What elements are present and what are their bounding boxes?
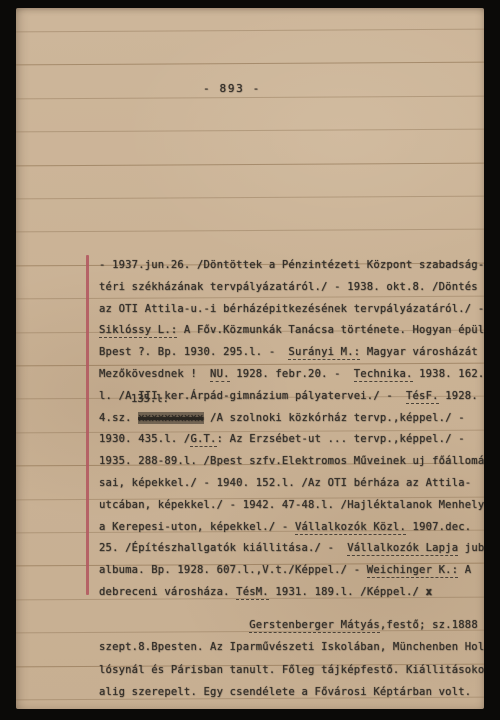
bibliography-paragraph: - 1937.jun.26. /Döntöttek a Pénzintézeti… (99, 255, 481, 604)
interlinear-correction: 135.l. (131, 393, 169, 406)
text-segment: lósynál és Párisban tanult. Főleg tájkép… (99, 664, 484, 676)
typed-line: lósynál és Párisban tanult. Főleg tájkép… (99, 659, 481, 681)
page-number: - 893 - (203, 82, 261, 95)
text-segment: Technika. (354, 368, 413, 382)
ruled-line (16, 62, 484, 66)
ruled-line (16, 129, 484, 133)
text-segment: 1928. (439, 390, 478, 402)
ruled-line (16, 196, 484, 200)
text-segment: jub. (458, 542, 484, 554)
text-segment: A (458, 564, 471, 576)
ruled-line (16, 95, 484, 99)
ruled-line (16, 29, 484, 33)
text-segment: debreceni városháza. (99, 586, 236, 598)
text-segment: Gerstenberger Mátyás (249, 619, 380, 633)
text-segment: 1928. febr.20. - (230, 368, 354, 380)
text-segment: 1930. 435.l. / (99, 433, 190, 445)
text-segment: Siklóssy L.: (99, 324, 177, 338)
text-segment: TésM. (236, 586, 269, 600)
text-segment: az OTI Attila-u.-i bérházépitkezésének t… (99, 303, 484, 315)
typed-line: utcában, képekkel./ - 1942. 47-48.l. /Ha… (99, 495, 481, 517)
biography-paragraph: Gerstenberger Mátyás,festő; sz.1888szept… (99, 614, 481, 703)
typed-line: 1935. 288-89.l. /Bpest szfv.Elektromos M… (99, 451, 481, 473)
text-segment: 1907.dec. (406, 521, 471, 533)
typed-line: - 1937.jun.26. /Döntöttek a Pénzintézeti… (99, 255, 481, 277)
typed-line: debreceni városháza. TésM. 1931. 189.l. … (99, 582, 481, 604)
text-segment: utcában, képekkel./ - 1942. 47-48.l. /Ha… (99, 499, 484, 511)
text-segment: ,festő; sz.1888 (380, 619, 478, 631)
typed-line: Bpest ?. Bp. 1930. 295.l. - Surányi M.: … (99, 342, 481, 364)
typed-line: Gerstenberger Mátyás,festő; sz.1888 (99, 614, 481, 636)
struck-out-word: xxxxxxxxxx (138, 412, 203, 424)
text-segment: : Az Erzsébet-ut ... tervp.,képpel./ - (217, 433, 465, 445)
text-segment: 4.sz. (99, 412, 138, 424)
typed-line: Siklóssy L.: A Főv.Közmunkák Tanácsa tör… (99, 320, 481, 342)
text-segment: a Kerepesi-uton, képekkel./ - (99, 521, 295, 533)
text-segment: NU. (210, 368, 230, 382)
text-segment: x (426, 586, 433, 598)
typed-line: Mezőkövesdnek ! NU. 1928. febr.20. - Tec… (99, 364, 481, 386)
text-segment: /A szolnoki közkórház tervp.,képpel./ - (204, 412, 465, 424)
typed-line: sai, képekkel./ - 1940. 152.l. /Az OTI b… (99, 473, 481, 495)
text-segment: téri székházának tervpályázatáról./ - 19… (99, 281, 478, 293)
text-segment: szept.8.Bpesten. Az Iparművészeti Iskolá… (99, 641, 484, 653)
text-segment: alig szerepelt. Egy csendélete a Főváros… (99, 686, 471, 698)
text-segment: Vállalkozók Közl. (295, 521, 406, 535)
text-segment: 1938. 162. (413, 368, 484, 380)
text-segment: Weichinger K.: (367, 564, 458, 578)
typed-line: 4.sz. xxxxxxxxxx /A szolnoki közkórház t… (99, 408, 481, 430)
typed-line: alig szerepelt. Egy csendélete a Főváros… (99, 681, 481, 703)
text-segment (99, 619, 249, 631)
notebook-page: - 893 - - 1937.jun.26. /Döntöttek a Pénz… (16, 8, 484, 709)
text-segment: Bpest ?. Bp. 1930. 295.l. - (99, 346, 288, 358)
text-segment: 1935. 288-89.l. /Bpest szfv.Elektromos M… (99, 455, 484, 467)
text-segment: 25. /Építészhallgatók kiállitása./ - (99, 542, 347, 554)
typed-line: 1930. 435.l. /G.T.: Az Erzsébet-ut ... t… (99, 429, 481, 451)
ruled-line (16, 162, 484, 166)
scanned-page-frame: - 893 - - 1937.jun.26. /Döntöttek a Pénz… (0, 0, 500, 720)
text-segment: 1931. 189.l. /Képpel./ (269, 586, 426, 598)
text-segment: TésF. (406, 390, 439, 404)
typed-line: az OTI Attila-u.-i bérházépitkezésének t… (99, 299, 481, 321)
text-segment: Vállalkozók Lapja (347, 542, 458, 556)
text-segment: Magyar városházát (360, 346, 478, 358)
typed-line: 25. /Építészhallgatók kiállitása./ - Vál… (99, 538, 481, 560)
typed-line: albuma. Bp. 1928. 607.l.,V.t./Képpel./ -… (99, 560, 481, 582)
ruled-line (16, 229, 484, 233)
text-segment: sai, képekkel./ - 1940. 152.l. /Az OTI b… (99, 477, 471, 489)
text-segment: A Főv.Közmunkák Tanácsa története. Hogya… (177, 324, 484, 336)
typed-line: téri székházának tervpályázatáról./ - 19… (99, 277, 481, 299)
text-segment: Mezőkövesdnek ! (99, 368, 210, 380)
text-segment: Surányi M.: (288, 346, 360, 360)
text-segment: G.T. (190, 433, 216, 447)
red-margin-line (86, 255, 89, 595)
typed-line: szept.8.Bpesten. Az Iparművészeti Iskolá… (99, 636, 481, 658)
text-segment: albuma. Bp. 1928. 607.l.,V.t./Képpel./ - (99, 564, 367, 576)
typed-line: a Kerepesi-uton, képekkel./ - Vállalkozó… (99, 517, 481, 539)
text-segment: - 1937.jun.26. /Döntöttek a Pénzintézeti… (99, 259, 484, 271)
